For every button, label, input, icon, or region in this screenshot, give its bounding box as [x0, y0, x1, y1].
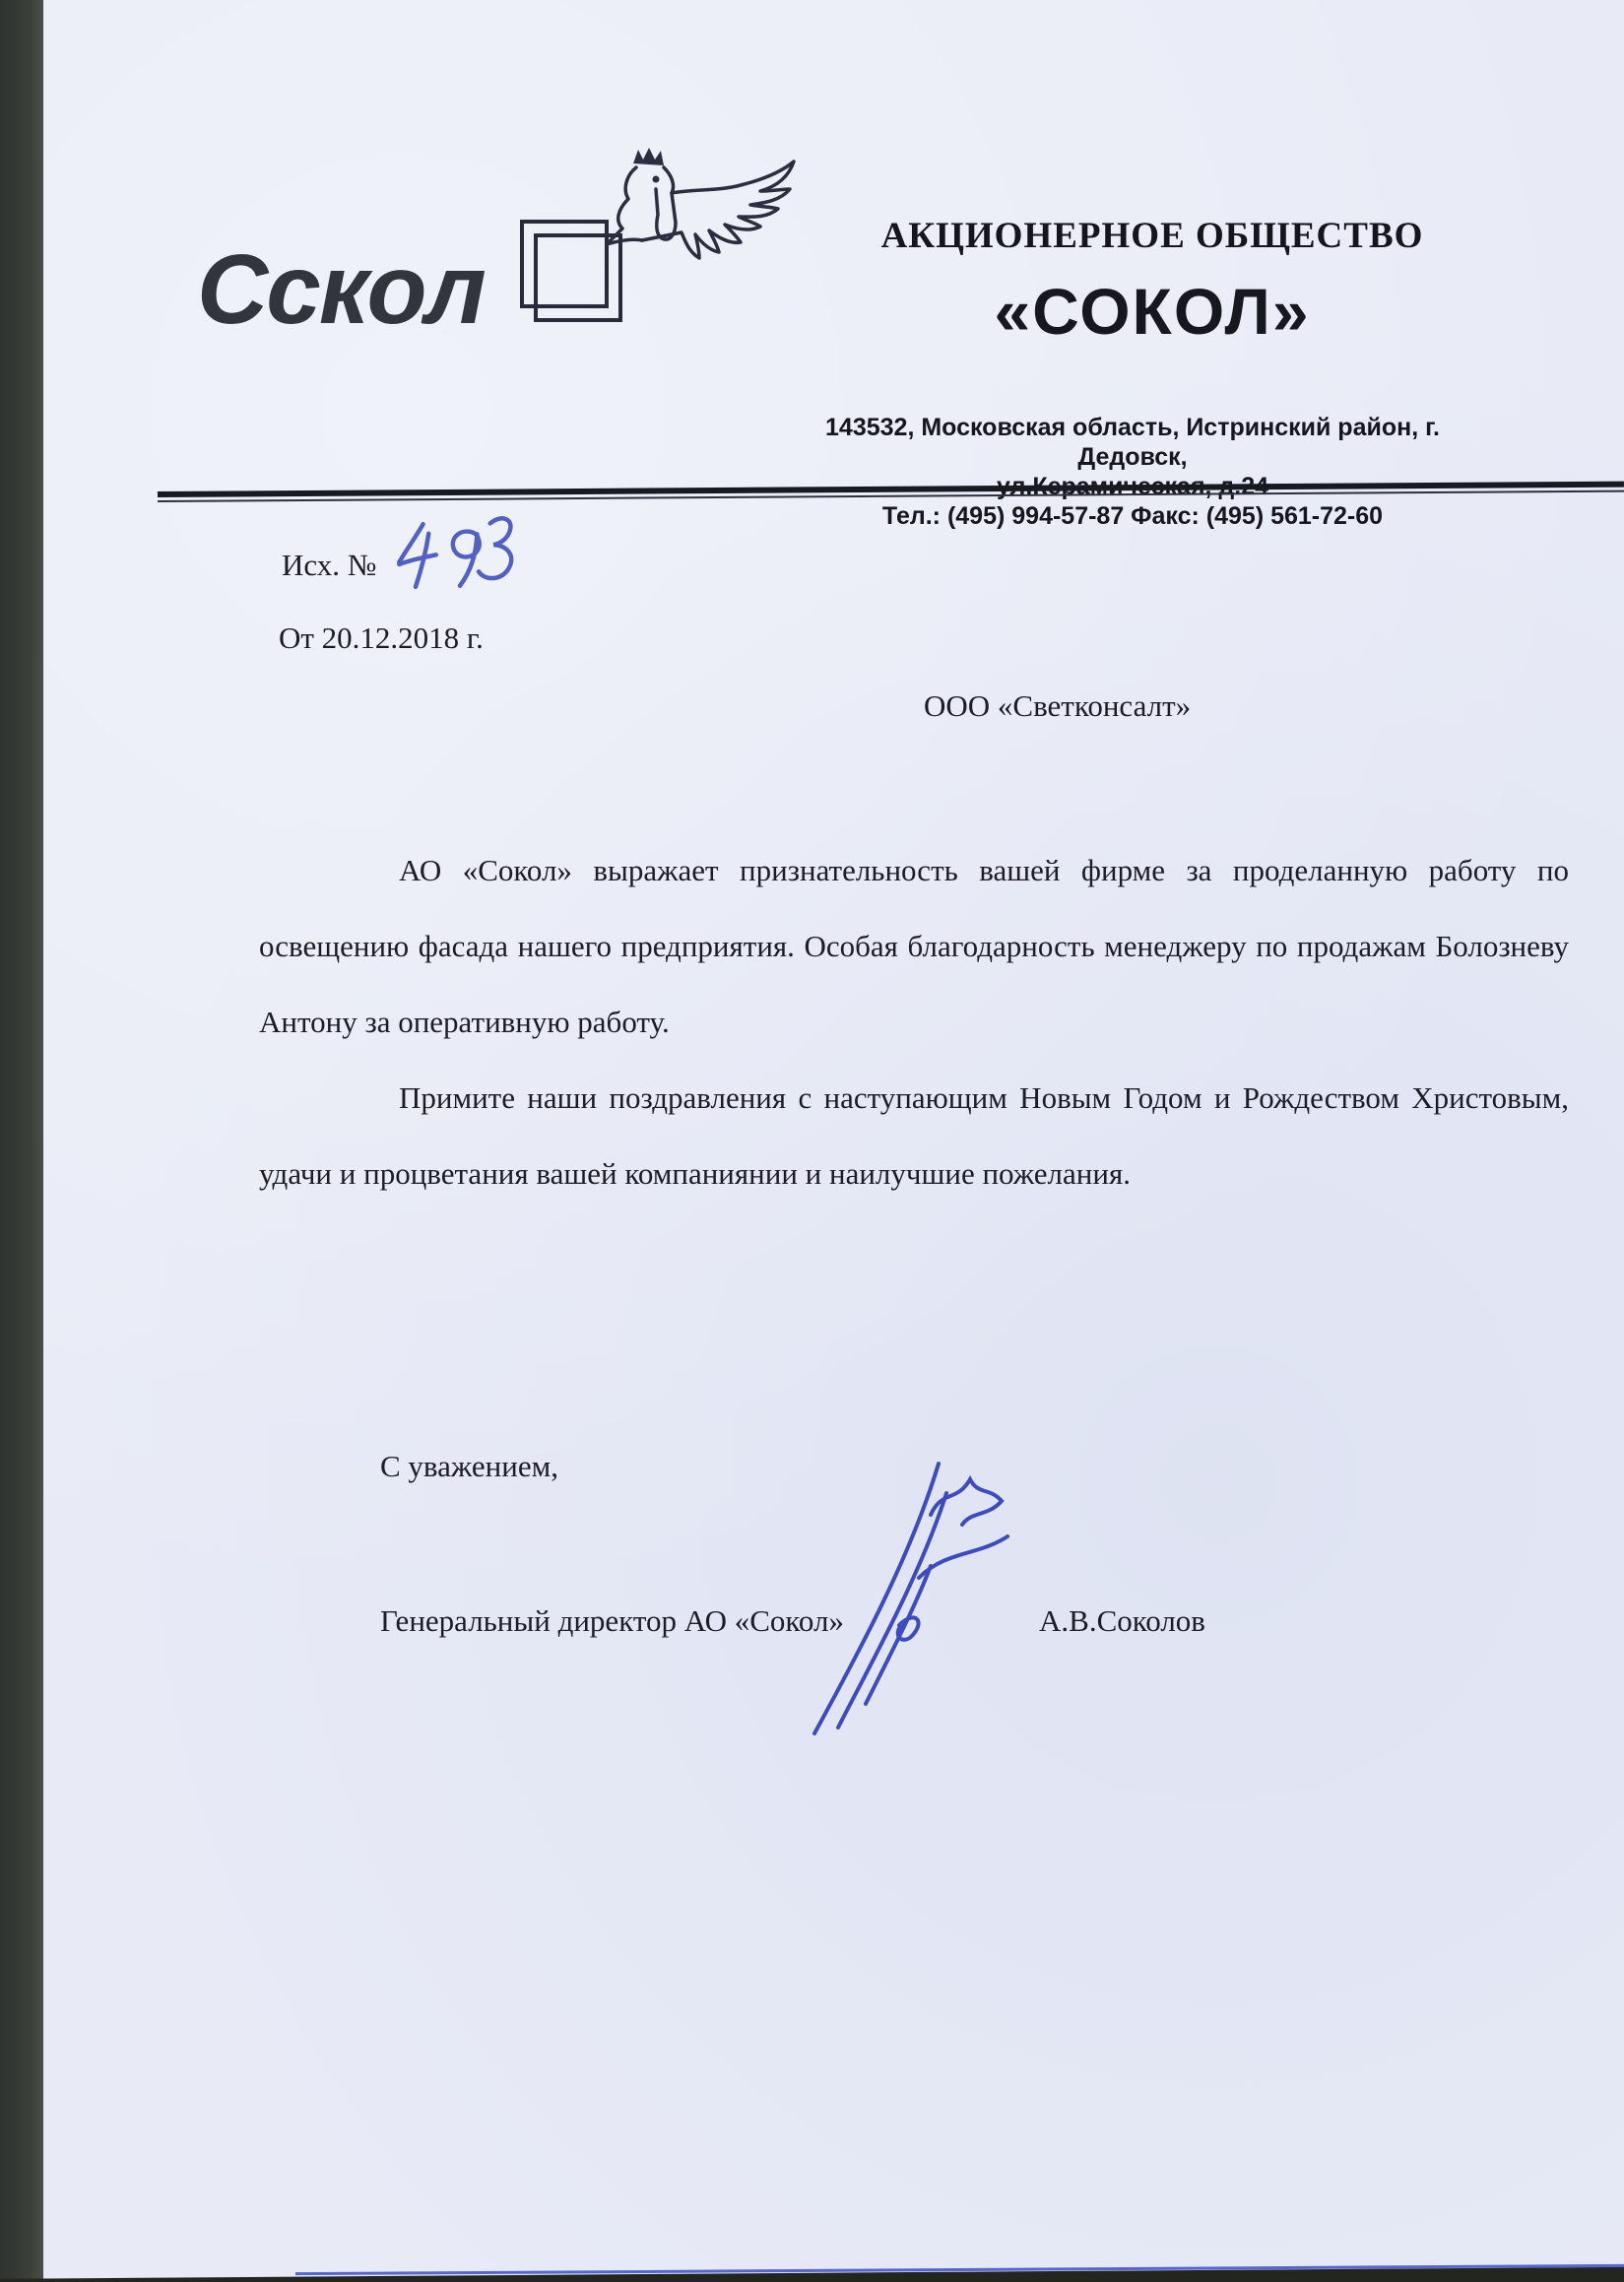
- address-block: 143532, Московская область, Истринский р…: [768, 413, 1497, 531]
- date-line: От 20.12.2018 г.: [279, 620, 484, 656]
- address-line-1: 143532, Московская область, Истринский р…: [768, 413, 1497, 472]
- signer-name: А.В.Соколов: [1039, 1603, 1205, 1639]
- recipient: ООО «Светконсалт»: [924, 688, 1191, 724]
- org-name-heading: «СОКОЛ»: [808, 274, 1497, 349]
- letter-body: АО «Сокол» выражает признательность ваше…: [259, 832, 1569, 1211]
- org-type-heading: АКЦИОНЕРНОЕ ОБЩЕСТВО: [808, 215, 1497, 257]
- scanner-edge-left: [0, 0, 43, 2282]
- salutation: С уважением,: [380, 1449, 558, 1484]
- scanned-letter-page: Сскол АКЦИОНЕРНОЕ ОБЩЕСТВО «СОКОЛ» 14353…: [0, 0, 1624, 2282]
- signature-ink: [783, 1446, 1029, 1746]
- signer-title: Генеральный директор АО «Сокол»: [380, 1603, 844, 1639]
- outgoing-number-label: Исх. №: [282, 548, 376, 583]
- falcon-logo-icon: Сскол: [197, 128, 808, 374]
- contacts-line: Тел.: (495) 994-57-87 Факс: (495) 561-72…: [768, 501, 1497, 531]
- falcon-icon: [607, 148, 794, 258]
- company-logo: Сскол: [197, 128, 808, 379]
- handwritten-493-icon: [386, 510, 524, 604]
- body-paragraph-1: АО «Сокол» выражает признательность ваше…: [259, 832, 1569, 1060]
- signature-icon: [783, 1446, 1029, 1741]
- outgoing-number-handwritten: [386, 510, 524, 609]
- body-paragraph-2: Примите наши поздравления с наступающим …: [259, 1060, 1569, 1211]
- logo-wordmark: Сскол: [197, 234, 486, 345]
- logo-squares-icon: [522, 222, 620, 320]
